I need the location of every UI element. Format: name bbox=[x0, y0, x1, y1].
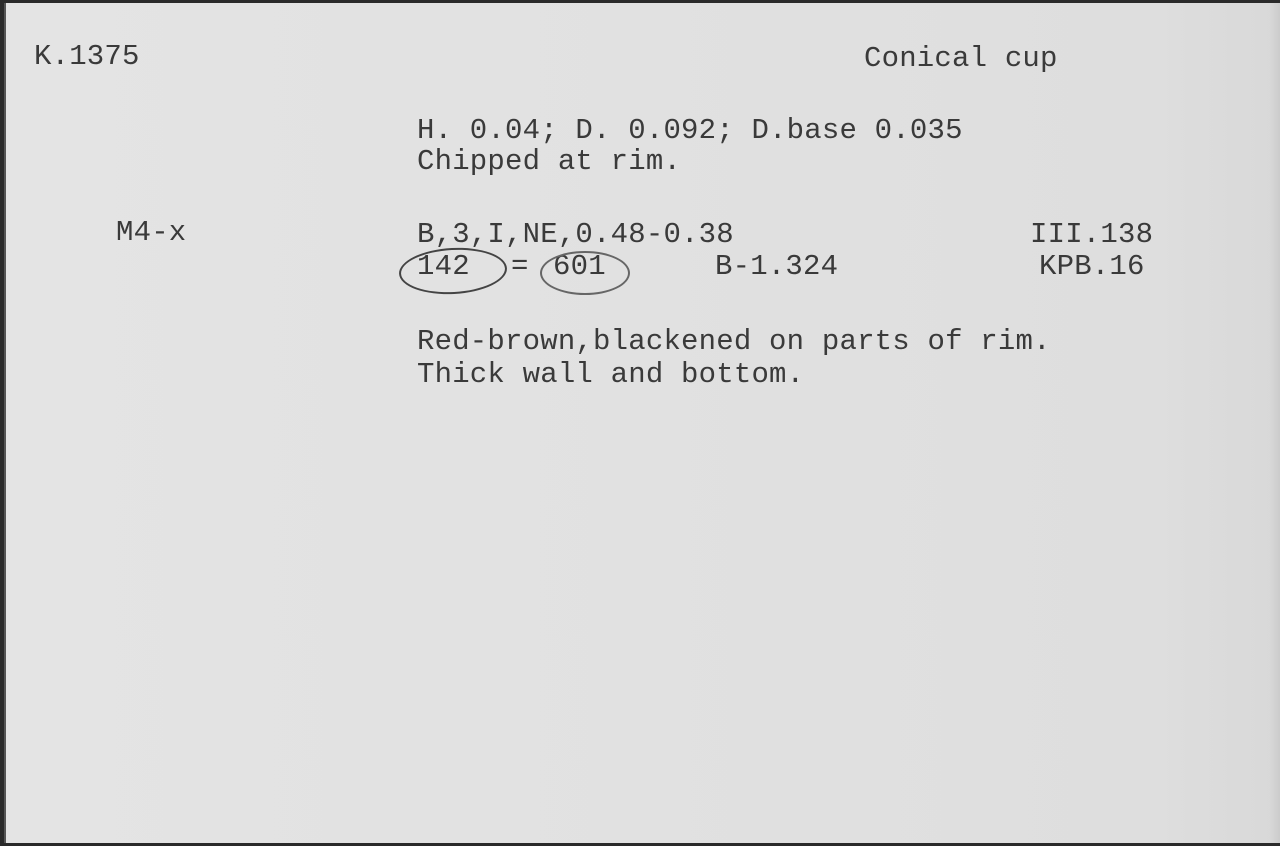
context-code: M4-x bbox=[116, 217, 186, 249]
catalog-number: K.1375 bbox=[34, 41, 140, 73]
circle-annotation bbox=[540, 251, 630, 295]
publication-ref: III.138 bbox=[1030, 219, 1153, 251]
inventory-ref: B-1.324 bbox=[715, 251, 838, 283]
condition: Chipped at rim. bbox=[417, 146, 681, 178]
description-line-2: Thick wall and bottom. bbox=[417, 359, 804, 391]
findspot: B,3,I,NE,0.48-0.38 bbox=[417, 219, 734, 251]
catalog-card: K.1375 Conical cup H. 0.04; D. 0.092; D.… bbox=[4, 3, 1280, 843]
card-edge bbox=[1270, 3, 1280, 843]
dimensions: H. 0.04; D. 0.092; D.base 0.035 bbox=[417, 115, 963, 147]
kpb-ref: KPB.16 bbox=[1039, 251, 1145, 283]
object-type: Conical cup bbox=[864, 43, 1058, 75]
circle-annotation bbox=[398, 245, 508, 297]
equals-sign: = bbox=[511, 251, 529, 283]
description-line-1: Red-brown,blackened on parts of rim. bbox=[417, 326, 1051, 358]
